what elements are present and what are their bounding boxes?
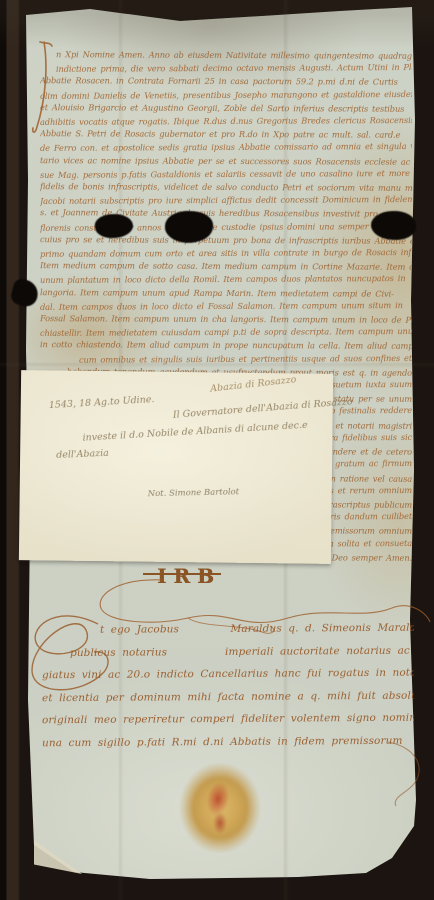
notarial-line: originali meo reperiretur comperi fideli… bbox=[42, 707, 414, 732]
manuscript-line: in cotto chiastendo. Item aliud campum i… bbox=[40, 339, 412, 354]
manuscript-line: Abbatie Rosacen. in Contrata Fornarii 25… bbox=[40, 75, 412, 90]
label-governor-line: Il Governatore dell'Abazia di Rosazzo bbox=[173, 396, 353, 420]
label-corner-note: Abazia di Rosazzo bbox=[210, 374, 297, 394]
seal-red-impression bbox=[213, 812, 227, 834]
notarial-line: giatus vini ac 20.o indicto Cancellarius… bbox=[42, 662, 414, 687]
manuscript-line: de Ferro con. et apostolice sedis gratia… bbox=[40, 140, 412, 155]
notarial-line: t ego Jacobus Maraldus q. d. Simeonis Ma… bbox=[42, 617, 414, 642]
manuscript-photo: n Xpi Nomine Amen. Anno ab eiusdem Nativ… bbox=[0, 0, 434, 900]
notarial-line: publicus notarius imperiali auctoritate … bbox=[42, 639, 414, 664]
label-notary-line: Not. Simone Bartolot bbox=[148, 487, 240, 499]
notarial-line: et licentia per dominum mihi facta nomin… bbox=[42, 684, 414, 709]
notarial-subscription: t ego Jacobus Maraldus q. d. Simeonis Ma… bbox=[42, 618, 414, 753]
notarial-line: una cum sigillo p.fati R.mi d.ni Abbatis… bbox=[42, 729, 414, 754]
manuscript-line: unum plantatum in loco dicto della Romil… bbox=[40, 272, 412, 287]
notary-monogram: IRB bbox=[157, 564, 221, 588]
label-abbey-line: dell'Abazia bbox=[56, 448, 109, 461]
label-date: 1543, 18 Ag.to Udine. bbox=[49, 394, 155, 411]
archive-label: Abazia di Rosazzo 1543, 18 Ag.to Udine. … bbox=[19, 370, 333, 564]
label-investiture-line: investe il d.o Nobile de Albanis di alcu… bbox=[82, 420, 308, 444]
